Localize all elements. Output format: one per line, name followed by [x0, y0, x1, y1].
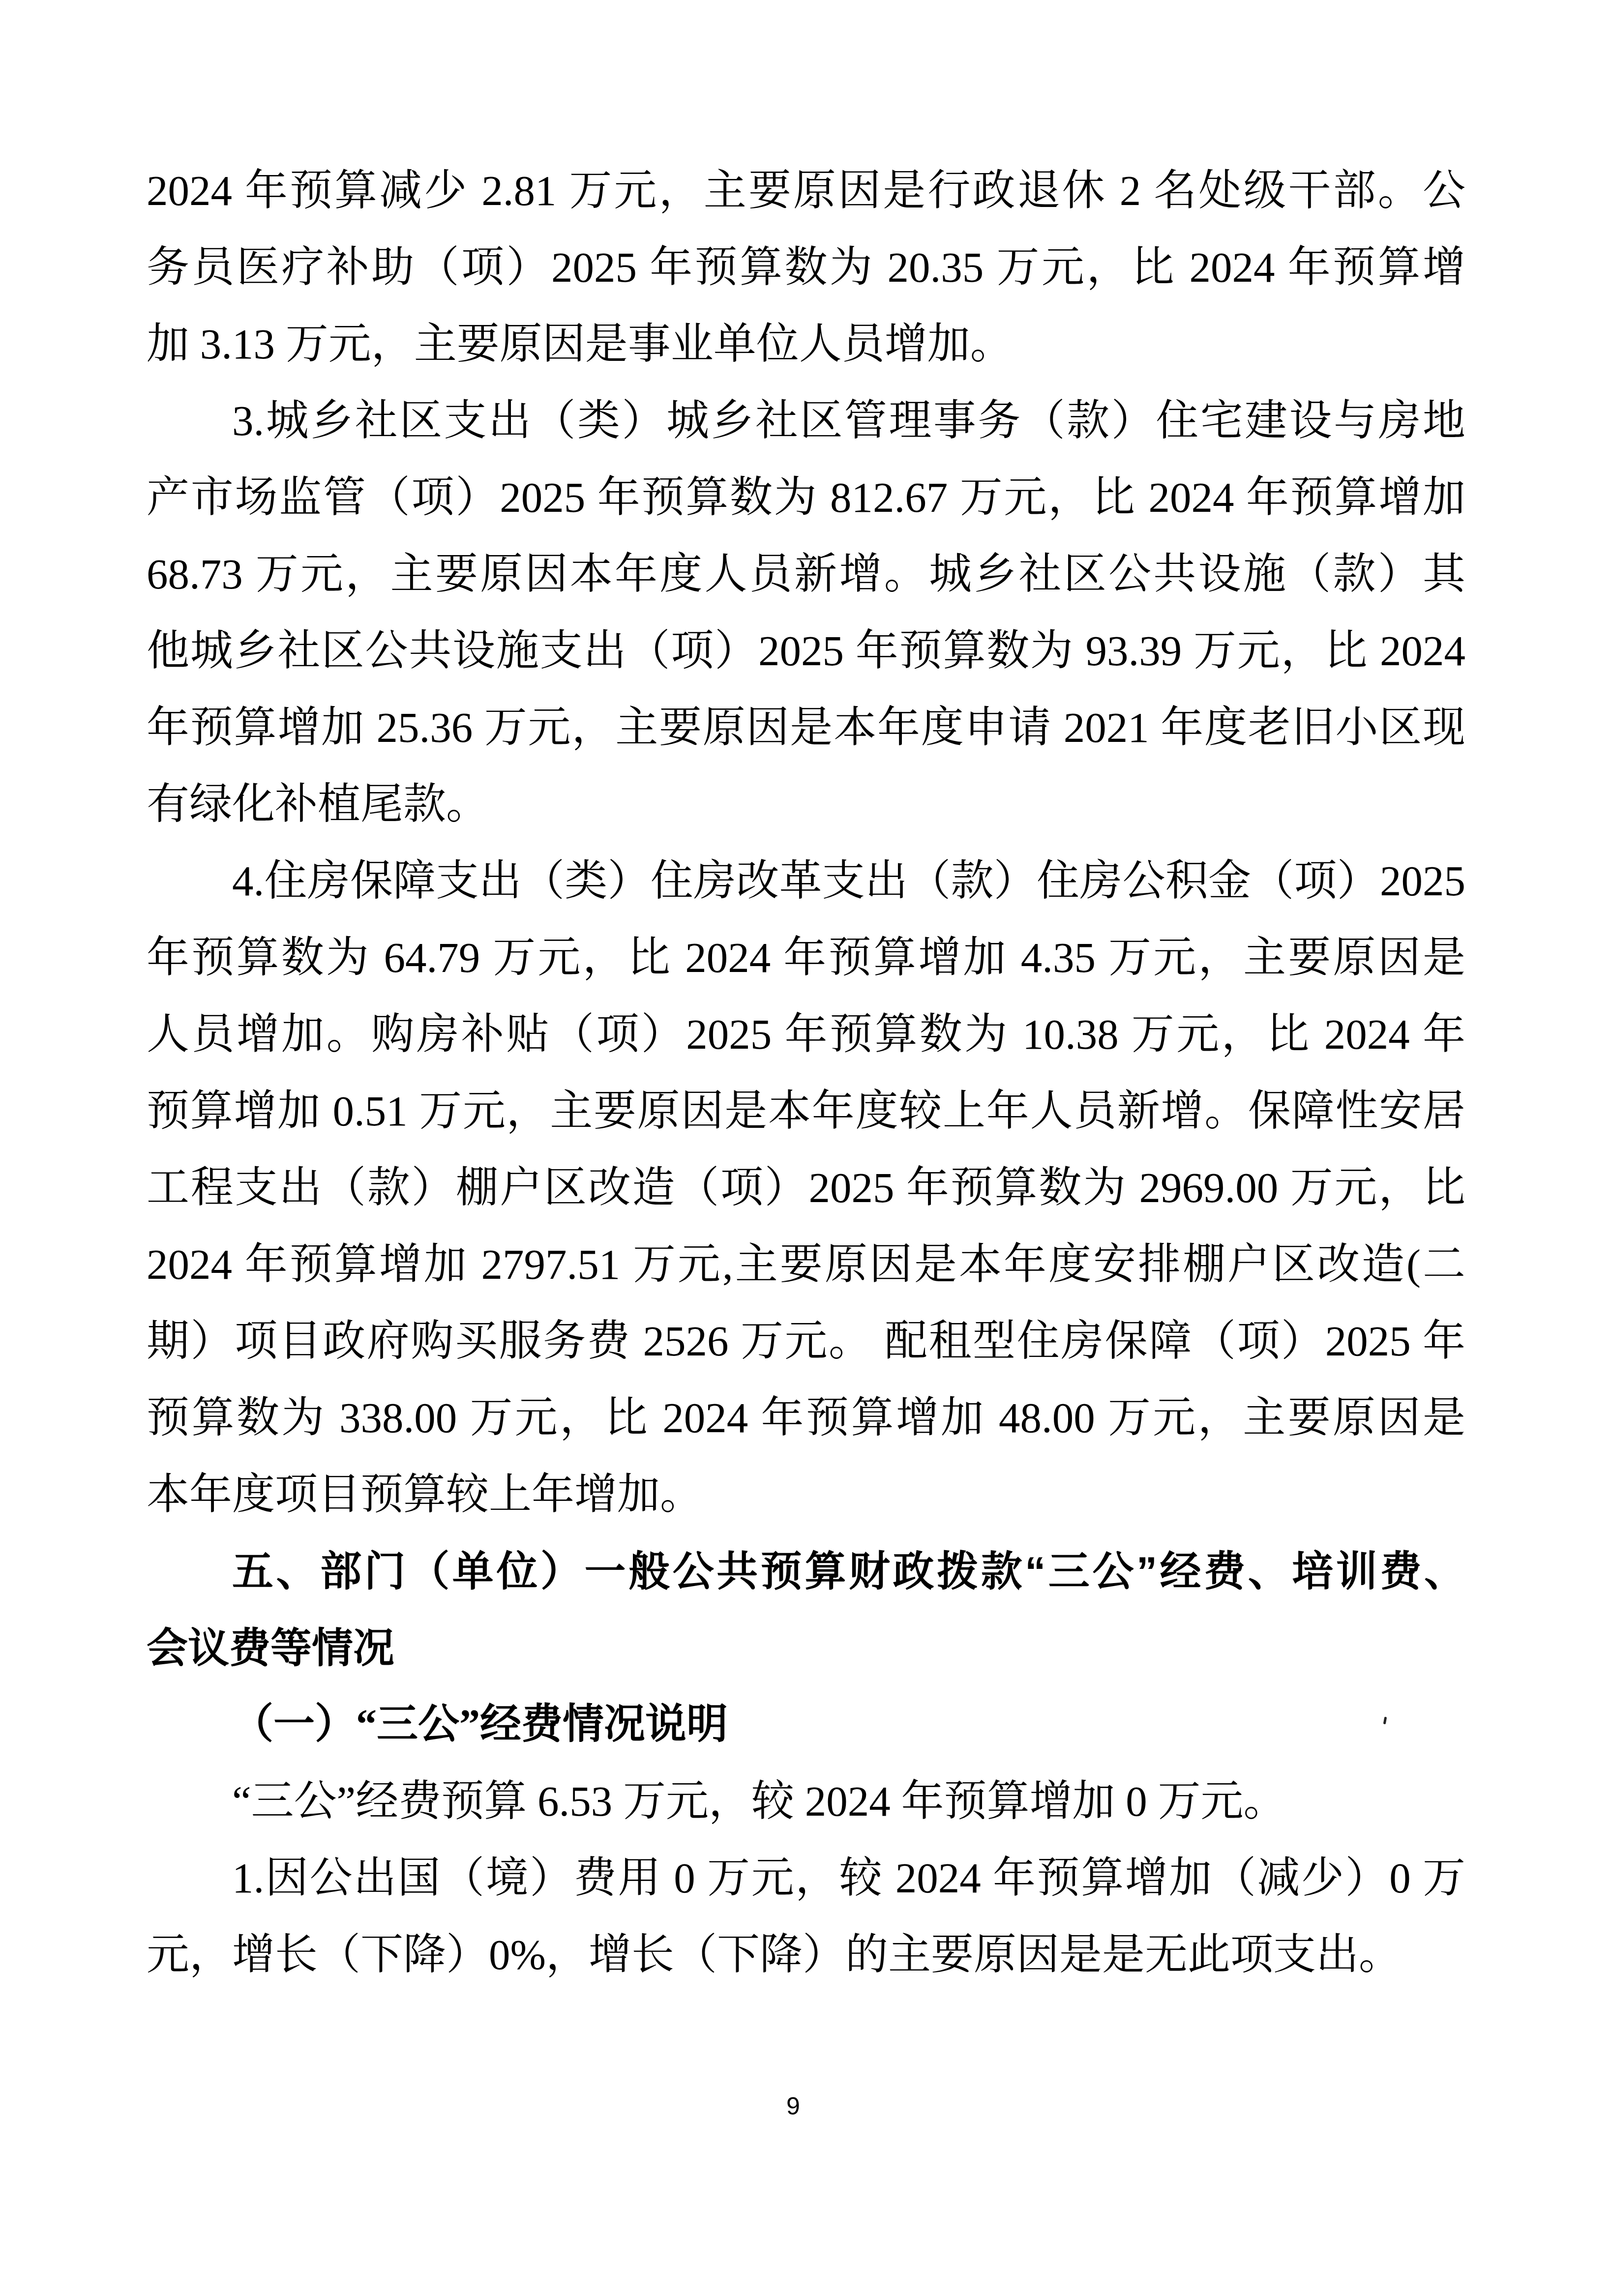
body-line: 务员医疗补助（项）2025 年预算数为 20.35 万元，比 2024 年预算增: [147, 229, 1465, 306]
document-page: 2024 年预算减少 2.81 万元，主要原因是行政退休 2 名处级干部。公 务…: [0, 0, 1611, 2296]
body-line: 4.住房保障支出（类）住房改革支出（款）住房公积金（项）2025: [147, 843, 1465, 919]
body-line: 2024 年预算增加 2797.51 万元,主要原因是本年度安排棚户区改造(二: [147, 1226, 1465, 1303]
body-line: 年预算增加 25.36 万元，主要原因是本年度申请 2021 年度老旧小区现: [147, 689, 1465, 766]
body-line: 年预算数为 64.79 万元，比 2024 年预算增加 4.35 万元，主要原因…: [147, 919, 1465, 996]
body-line: 预算数为 338.00 万元，比 2024 年预算增加 48.00 万元，主要原…: [147, 1380, 1465, 1456]
body-line: 预算增加 0.51 万元，主要原因是本年度较上年人员新增。保障性安居: [147, 1073, 1465, 1149]
body-line: 本年度项目预算较上年增加。: [147, 1456, 1465, 1533]
body-line: “三公”经费预算 6.53 万元，较 2024 年预算增加 0 万元。: [147, 1763, 1465, 1840]
body-line: 人员增加。购房补贴（项）2025 年预算数为 10.38 万元，比 2024 年: [147, 996, 1465, 1073]
body-line: 3.城乡社区支出（类）城乡社区管理事务（款）住宅建设与房地: [147, 383, 1465, 459]
section-heading: 会议费等情况: [147, 1610, 1465, 1686]
body-line: 工程支出（款）棚户区改造（项）2025 年预算数为 2969.00 万元，比: [147, 1149, 1465, 1226]
body-line: 2024 年预算减少 2.81 万元，主要原因是行政退休 2 名处级干部。公: [147, 152, 1465, 229]
body-line: 他城乡社区公共设施支出（项）2025 年预算数为 93.39 万元，比 2024: [147, 613, 1465, 689]
sub-heading: （一）“三公”经费情况说明: [147, 1686, 1465, 1763]
page-number: 9: [0, 2092, 1599, 2120]
body-line: 1.因公出国（境）费用 0 万元，较 2024 年预算增加（减少）0 万: [147, 1840, 1465, 1916]
body-line: 68.73 万元，主要原因本年度人员新增。城乡社区公共设施（款）其: [147, 536, 1465, 613]
body-line: 产市场监管（项）2025 年预算数为 812.67 万元，比 2024 年预算增…: [147, 459, 1465, 536]
body-line: 元，增长（下降）0%，增长（下降）的主要原因是是无此项支出。: [147, 1916, 1465, 1993]
section-heading: 五、部门（单位）一般公共预算财政拨款“三公”经费、培训费、: [147, 1533, 1465, 1610]
body-line: 期）项目政府购买服务费 2526 万元。 配租型住房保障（项）2025 年: [147, 1303, 1465, 1380]
document-body: 2024 年预算减少 2.81 万元，主要原因是行政退休 2 名处级干部。公 务…: [147, 152, 1465, 1993]
body-line: 有绿化补植尾款。: [147, 766, 1465, 843]
body-line: 加 3.13 万元，主要原因是事业单位人员增加。: [147, 306, 1465, 383]
